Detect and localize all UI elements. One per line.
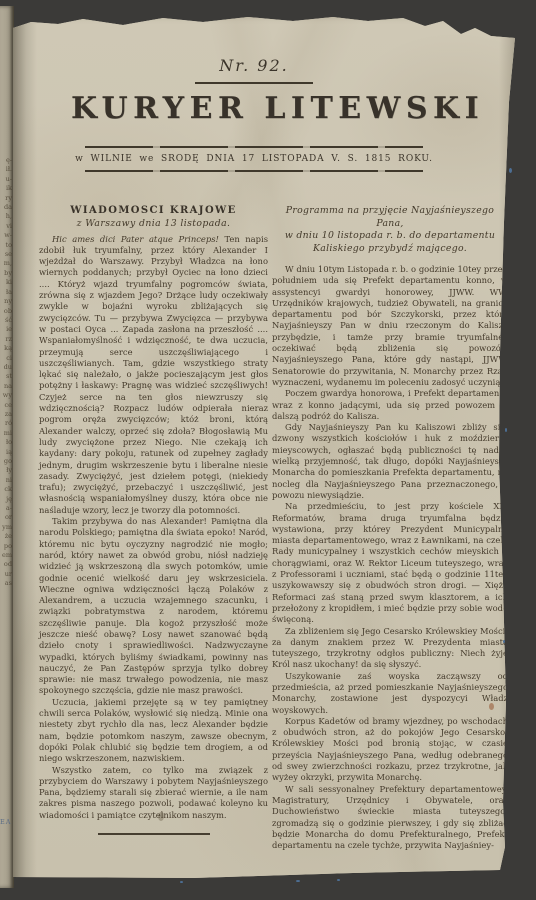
- adjacent-page-edge: ę- ił. u- ik ry da h, vi w- to se m, by …: [0, 6, 14, 888]
- ink-speck: [180, 881, 183, 883]
- masthead-rule-short: [195, 82, 313, 84]
- section-subheading: z Warszawy dnia 13 listopada.: [39, 218, 268, 229]
- paragraph: Poczem gwardya honorowa, i Prefekt depar…: [272, 388, 508, 422]
- ink-smudge: [158, 812, 164, 821]
- paragraph-text: Ten napis zdobił łuk tryumfalny, przez k…: [39, 234, 268, 515]
- heading-gap: [272, 255, 508, 264]
- ink-speck: [296, 880, 300, 882]
- ink-speck: [337, 879, 340, 881]
- edge-mark: EA: [0, 818, 11, 826]
- paragraph: Gdy Nayjaśnieyszy Pan ku Kaliszowi zbliż…: [272, 422, 508, 501]
- article-heading-line: Kaliskiego przybydź mającego.: [272, 243, 508, 256]
- section-heading: WIADOMOSCI KRAJOWE: [39, 205, 268, 216]
- ink-speck: [509, 168, 512, 173]
- paragraph: Uszykowanie zaś woyska zacząwszy od prze…: [272, 671, 508, 716]
- masthead-rule-bottom: [85, 170, 423, 172]
- paragraph: Wszystko zatem, co tylko ma związek z pr…: [39, 765, 268, 821]
- paragraph: Uczucia, jakiemi przejęte są w tey pamię…: [39, 697, 268, 765]
- ink-speck: [505, 428, 507, 432]
- scan-backdrop: ę- ił. u- ik ry da h, vi w- to se m, by …: [0, 0, 536, 900]
- article-heading-line: w dniu 10 listopada r. b. do departament…: [272, 230, 508, 243]
- paragraph: Korpus Kadetów od bramy wjezdney, po wsc…: [272, 716, 508, 784]
- paragraph: Na przedmieściu, to jest przy kościele X…: [272, 501, 508, 625]
- masthead: Nr. 92. KURYER LITEWSKI w WILNIE we SROD…: [71, 56, 437, 172]
- spine-text-fragments: ę- ił. u- ik ry da h, vi w- to se m, by …: [0, 6, 14, 589]
- ink-speck: [503, 640, 505, 643]
- latin-motto: Hic ames dici Pater atque Princeps!: [52, 234, 219, 244]
- masthead-rule-top: [85, 146, 423, 148]
- newspaper-title: KURYER LITEWSKI: [71, 91, 437, 127]
- right-column: Programma na przyjęcie Nayjaśnieyszego P…: [272, 205, 508, 851]
- stamp-mark: [489, 703, 494, 710]
- paragraph: Za zbliżeniem się Jego Cesarsko Królewsk…: [272, 626, 508, 671]
- newspaper-page: Nr. 92. KURYER LITEWSKI w WILNIE we SROD…: [13, 12, 515, 880]
- article-heading-line: Programma na przyjęcie Nayjaśnieyszego P…: [272, 205, 508, 230]
- paragraph: W dniu 10tym Listopada r. b. o godzinie …: [272, 264, 508, 388]
- paragraph: W sali sessyonalney Prefektury departame…: [272, 784, 508, 852]
- article-end-rule: [98, 833, 210, 835]
- article-heading: Programma na przyjęcie Nayjaśnieyszego P…: [272, 205, 508, 255]
- left-column: WIADOMOSCI KRAJOWE z Warszawy dnia 13 li…: [39, 205, 268, 835]
- gutter-shadow: [13, 12, 37, 880]
- issue-number: Nr. 92.: [71, 56, 437, 75]
- paragraph: Hic ames dici Pater atque Princeps! Ten …: [39, 234, 268, 516]
- dateline: w WILNIE we SRODĘ DNIA 17 LISTOPADA V. S…: [71, 154, 437, 164]
- paragraph: Takim przybywa do nas Alexander! Pamiętn…: [39, 516, 268, 697]
